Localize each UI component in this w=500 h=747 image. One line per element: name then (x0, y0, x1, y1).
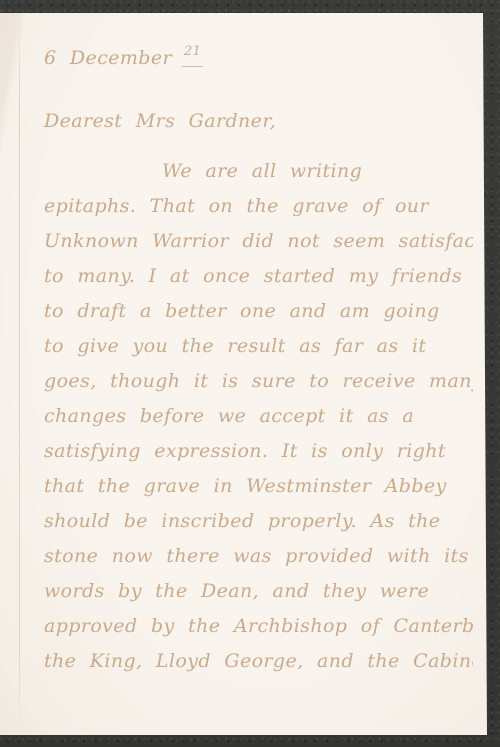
letter-line: stone now there was provided with its (44, 539, 473, 574)
letter-line: approved by the Archbishop of Canterbury… (44, 609, 473, 644)
letter-line: We are all writing (44, 154, 473, 189)
letter-line: to draft a better one and am going (44, 294, 473, 329)
letter-line: satisfying expression. It is only right (44, 434, 473, 469)
letter-body: We are all writing epitaphs. That on the… (44, 154, 473, 679)
letter-line: epitaphs. That on the grave of our (44, 189, 473, 224)
letter-content: 6 December21 Dearest Mrs Gardner, We are… (0, 13, 487, 735)
letter-salutation: Dearest Mrs Gardner, (44, 108, 473, 135)
letter-line: the King, Lloyd George, and the Cabinet (44, 644, 473, 679)
letter-line: changes before we accept it as a (44, 399, 473, 434)
letter-date-superscript: 21 (182, 38, 203, 67)
letter-date-text: 6 December (44, 47, 172, 69)
letter-line: that the grave in Westminster Abbey (44, 469, 473, 504)
letter-line: to give you the result as far as it (44, 329, 473, 364)
letter-paper: 6 December21 Dearest Mrs Gardner, We are… (0, 13, 487, 735)
letter-line: Unknown Warrior did not seem satisfactor… (44, 224, 473, 259)
letter-date: 6 December21 (44, 38, 473, 65)
letter-line: to many. I at once started my friends (44, 259, 473, 294)
photo-backdrop: 6 December21 Dearest Mrs Gardner, We are… (0, 0, 500, 747)
letter-line: should be inscribed properly. As the (44, 504, 473, 539)
letter-line: goes, though it is sure to receive many (44, 364, 473, 399)
letter-line: words by the Dean, and they were (44, 574, 473, 609)
